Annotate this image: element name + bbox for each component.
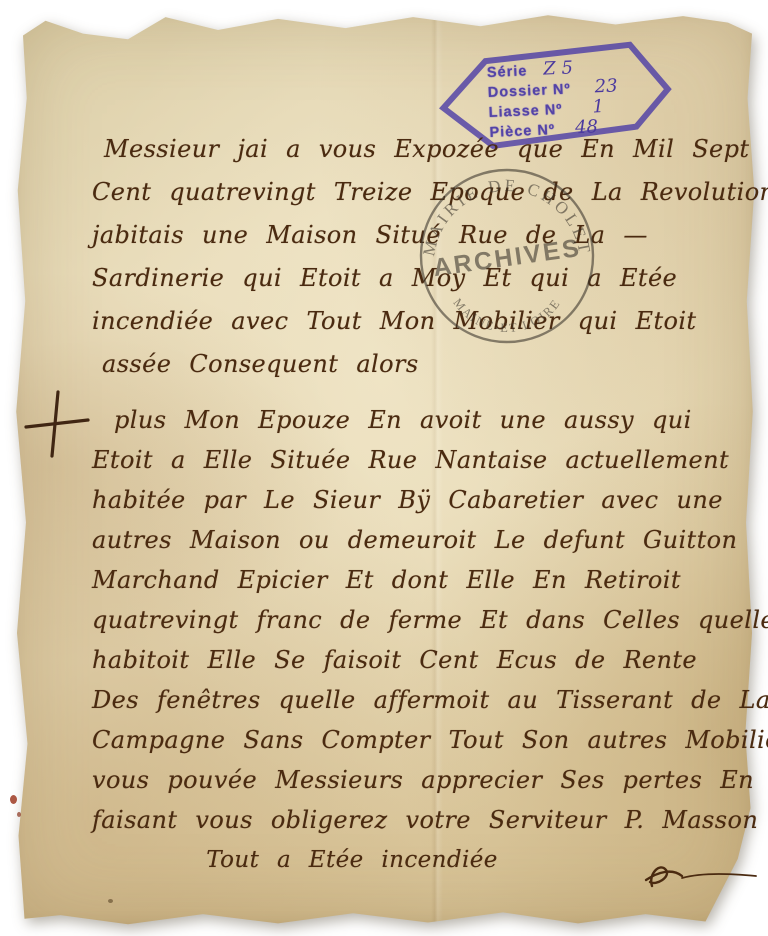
letter-line: Messieur jai a vous Expozée que En Mil S… — [92, 128, 732, 171]
letter-line: Marchand Epicier Et dont Elle En Retiroi… — [92, 560, 732, 600]
stamp-field-value-handwritten: 1 — [592, 96, 604, 117]
letter-line: vous pouvée Messieurs apprecier Ses pert… — [92, 760, 732, 800]
ink-spot — [108, 899, 113, 903]
letter-line: Sardinerie qui Etoit a Moy Et qui a Etée — [92, 257, 732, 300]
letter-line: Des fenêtres quelle affermoit au Tissera… — [92, 680, 732, 720]
svg-text:MAINE-ET-LOIRE: MAINE-ET-LOIRE — [450, 296, 563, 335]
ink-spot — [10, 795, 17, 804]
letter-paragraph-1: Messieur jai a vous Expozée que En Mil S… — [92, 128, 732, 386]
signature-paraph-flourish — [638, 852, 760, 900]
stamp-field-value-handwritten: Z 5 — [543, 57, 574, 79]
letter-line: Cent quatrevingt Treize Epoque de La Rev… — [92, 171, 732, 214]
margin-cross-mark — [22, 386, 94, 462]
letter-closing-line: Tout a Etée incendiée — [92, 840, 612, 880]
letter-line: assée Consequent alors — [92, 343, 732, 386]
stamp-field-label: Liasse Nº — [488, 102, 563, 121]
round-stamp-center-text: ARCHIVES — [431, 234, 583, 282]
letter-line: autres Maison ou demeuroit Le defunt Gui… — [92, 520, 732, 560]
letter-line-signature: faisant vous obligerez votre Serviteur P… — [92, 800, 732, 840]
letter-line: habitée par Le Sieur Bÿ Cabaretier avec … — [92, 480, 732, 520]
round-stamp-arc-bottom-text: MAINE-ET-LOIRE — [450, 296, 563, 335]
letter-body: Messieur jai a vous Expozée que En Mil S… — [92, 128, 732, 880]
letter-paragraph-2: plus Mon Epouze En avoit une aussy qui E… — [92, 400, 732, 880]
mairie-archives-round-stamp: MAIRIE DE CHOLET MAINE-ET-LOIRE ARCHIVES — [415, 164, 599, 348]
stamp-field-label: Série — [487, 63, 528, 81]
letter-line: quatrevingt franc de ferme Et dans Celle… — [92, 600, 732, 640]
ink-spot — [17, 812, 21, 817]
letter-line: jabitais une Maison Situé Rue de La — — [92, 214, 732, 257]
letter-line: Campagne Sans Compter Tout Son autres Mo… — [92, 720, 732, 760]
letter-line: habitoit Elle Se faisoit Cent Ecus de Re… — [92, 640, 732, 680]
letter-line: Etoit a Elle Située Rue Nantaise actuell… — [92, 440, 732, 480]
letter-line: incendiée avec Tout Mon Mobilier qui Eto… — [92, 300, 732, 343]
scanned-letter-page: Série Z 5 Dossier Nº 23 Liasse Nº 1 Pièc… — [0, 0, 768, 936]
stamp-field-value-handwritten: 23 — [594, 75, 618, 97]
letter-line: plus Mon Epouze En avoit une aussy qui — [92, 400, 732, 440]
